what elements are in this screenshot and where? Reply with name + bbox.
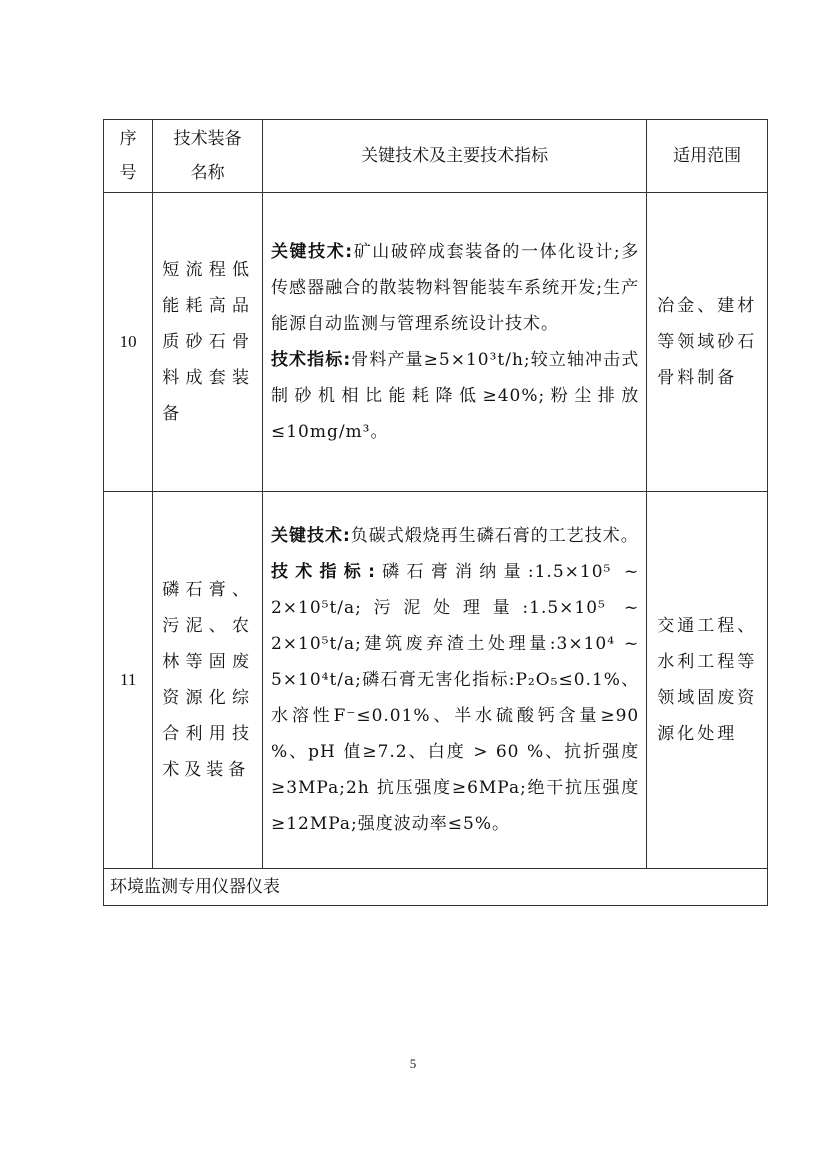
key-technology-label: 关键技术: xyxy=(271,526,351,546)
technology-equipment-table: 序 号 技术装备 名称 关键技术及主要技术指标 适用范围 10 短流程低能耗高品… xyxy=(103,119,768,906)
key-technology-text: 负碳式煅烧再生磷石膏的工艺技术。 xyxy=(351,526,639,546)
key-technology-cell: 关键技术:负碳式煅烧再生磷石膏的工艺技术。 技术指标:磷石膏消纳量:1.5×10… xyxy=(262,492,646,869)
key-technology-label: 关键技术: xyxy=(271,242,353,262)
table-header-row: 序 号 技术装备 名称 关键技术及主要技术指标 适用范围 xyxy=(104,120,768,193)
technical-index-label: 技术指标: xyxy=(271,350,351,370)
table-row: 11 磷石膏、污泥、农林等固废资源化综合利用技术及装备 关键技术:负碳式煅烧再生… xyxy=(104,492,768,869)
header-key-technology: 关键技术及主要技术指标 xyxy=(262,120,646,193)
header-serial-number: 序 号 xyxy=(104,120,153,193)
row-number: 10 xyxy=(104,193,153,492)
row-number: 11 xyxy=(104,492,153,869)
key-technology-paragraph: 关键技术:负碳式煅烧再生磷石膏的工艺技术。 xyxy=(271,518,639,554)
key-technology-paragraph: 关键技术:矿山破碎成套装备的一体化设计;多传感器融合的散装物料智能装车系统开发;… xyxy=(271,234,639,342)
equipment-name: 磷石膏、污泥、农林等固废资源化综合利用技术及装备 xyxy=(153,492,263,869)
table-row: 10 短流程低能耗高品质砂石骨料成套装备 关键技术:矿山破碎成套装备的一体化设计… xyxy=(104,193,768,492)
section-header-row: 环境监测专用仪器仪表 xyxy=(104,869,768,906)
technical-index-label: 技术指标: xyxy=(271,562,376,582)
key-technology-cell: 关键技术:矿山破碎成套装备的一体化设计;多传感器融合的散装物料智能装车系统开发;… xyxy=(262,193,646,492)
technical-index-paragraph: 技术指标:磷石膏消纳量:1.5×10⁵ ~ 2×10⁵t/a;污泥处理量:1.5… xyxy=(271,554,639,842)
document-page: 序 号 技术装备 名称 关键技术及主要技术指标 适用范围 10 短流程低能耗高品… xyxy=(0,0,826,1169)
header-equipment-name: 技术装备 名称 xyxy=(153,120,263,193)
application-scope: 冶金、建材等领域砂石骨料制备 xyxy=(647,193,768,492)
page-number: 5 xyxy=(0,1056,826,1072)
technical-index-text: 磷石膏消纳量:1.5×10⁵ ~ 2×10⁵t/a;污泥处理量:1.5×10⁵ … xyxy=(271,562,639,834)
application-scope: 交通工程、水利工程等领域固废资源化处理 xyxy=(647,492,768,869)
header-application-scope: 适用范围 xyxy=(647,120,768,193)
equipment-name: 短流程低能耗高品质砂石骨料成套装备 xyxy=(153,193,263,492)
technical-index-paragraph: 技术指标:骨料产量≥5×10³t/h;较立轴冲击式制砂机相比能耗降低≥40%;粉… xyxy=(271,342,639,450)
section-title: 环境监测专用仪器仪表 xyxy=(104,869,768,906)
